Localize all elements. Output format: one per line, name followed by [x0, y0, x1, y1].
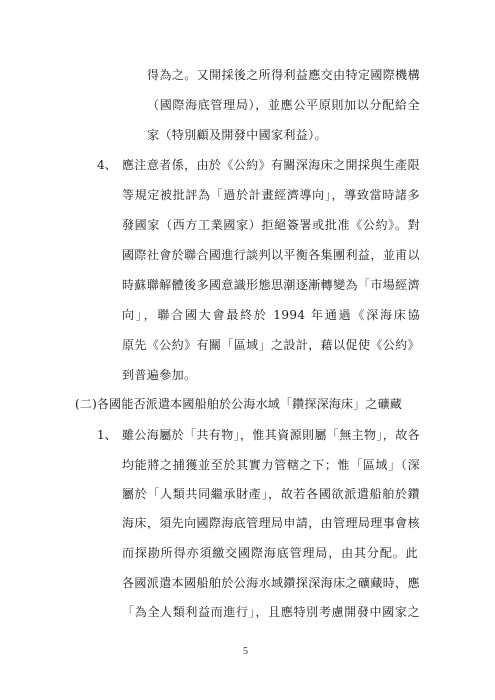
document-page: 得為之。又開採後之所得利益應交由特定國際機構 （國際海底管理局），並應公平原則加…: [0, 0, 495, 700]
paragraph-line: 時蘇聯解體後多國意識形態思潮逐漸轉變為「市場經濟導: [122, 278, 420, 292]
paragraph-line: 原先《公約》有關「區域」之設計，藉以促使《公約》得: [122, 338, 420, 352]
paragraph-line: 到普遍參加。: [122, 368, 196, 382]
paragraph-line: 海床，須先向國際海底管理局申請，由管理局理事會核准，: [122, 516, 420, 530]
paragraph-line: 向」，聯合國大會最終於 1994 年通過《深海床協定》，取代: [122, 308, 420, 322]
paragraph-line: 而探勘所得亦須繳交國際海底管理局，由其分配。此外，: [122, 546, 418, 560]
paragraph-line: 「為全人類利益而進行」，且應特別考慮開發中國家之利益: [122, 605, 420, 619]
paragraph-line: 家（特別顧及開發中國家利益）。: [147, 128, 327, 142]
paragraph-line: 等規定被批評為「過於計畫經濟導向」，導致當時諸多已開: [122, 188, 420, 202]
list-marker-1: 1、: [97, 428, 117, 442]
paragraph-line: 國際社會於聯合國進行談判以平衡各集團利益，並甫以當: [122, 248, 420, 262]
paragraph-line: 雖公海屬於「共有物」，惟其資源則屬「無主物」，故各國: [122, 428, 420, 442]
section-heading: (二)各國能否派遣本國船舶於公海水域「鑽探深海床」之礦藏: [75, 397, 402, 411]
list-marker-4: 4、: [97, 158, 117, 172]
paragraph-line: 屬於「人類共同繼承財產」，故若各國欲派遣船舶於鑽採深: [122, 487, 420, 501]
paragraph-line: 得為之。又開採後之所得利益應交由特定國際機構: [147, 68, 420, 82]
paragraph-line: 應注意者係，由於《公約》有關深海床之開採與生產限額: [122, 158, 420, 172]
paragraph-line: 發國家（西方工業國家）拒絕簽署或批准《公約》。對此，: [122, 218, 420, 232]
paragraph-line: 均能將之捕獲並至於其實力管轄之下；惟「區域」（深海床）: [122, 458, 420, 472]
paragraph-line: （國際海底管理局），並應公平原則加以分配給全體國: [147, 98, 420, 112]
paragraph-line: 各國派遣本國船舶於公海水域鑽探深海床之礦藏時，應: [122, 576, 420, 590]
page-number: 5: [243, 646, 248, 657]
